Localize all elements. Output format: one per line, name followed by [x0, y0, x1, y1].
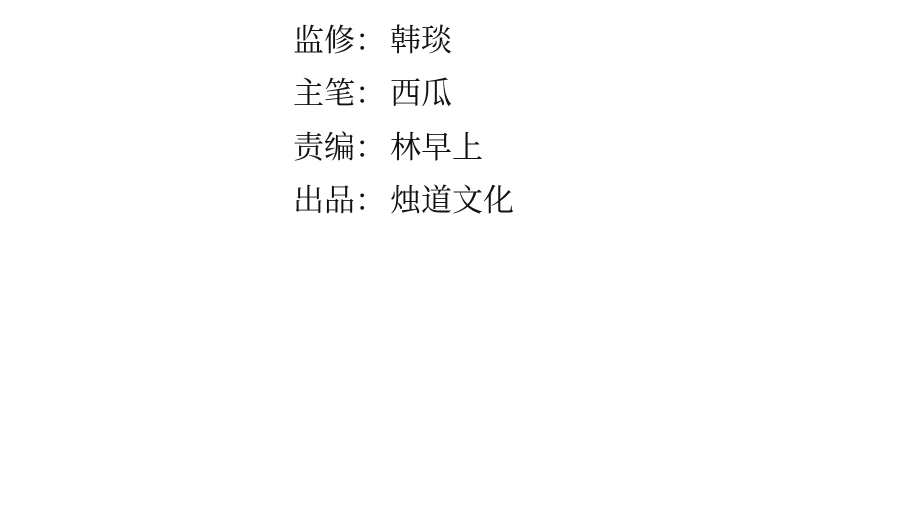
credit-label-lead-artist: 主笔： [293, 79, 390, 110]
credit-row-supervisor: 监修： 韩琰 [293, 15, 514, 69]
credit-label-supervisor: 监修： [293, 26, 390, 57]
credit-value: 韩茜 [390, 0, 452, 3]
credit-value-publisher: 烛道文化 [390, 186, 514, 217]
credit-row-publisher: 出品： 烛道文化 [293, 175, 514, 229]
credit-value-editor: 林早上 [390, 133, 483, 164]
credit-label-editor: 责编： [293, 133, 390, 164]
credit-row-editor: 责编： 林早上 [293, 122, 514, 176]
credit-value-lead-artist: 西瓜 [390, 79, 452, 110]
credit-value-supervisor: 韩琰 [390, 26, 452, 57]
credits-list: 原作： 韩茜 监修： 韩琰 主笔： 西瓜 责编： 林早上 出品： 烛道文化 [293, 0, 514, 229]
credit-row-lead-artist: 主笔： 西瓜 [293, 68, 514, 122]
credit-label-publisher: 出品： [293, 186, 390, 217]
credit-label: 原作： [293, 0, 390, 3]
credit-row-clipped: 原作： 韩茜 [293, 0, 514, 15]
